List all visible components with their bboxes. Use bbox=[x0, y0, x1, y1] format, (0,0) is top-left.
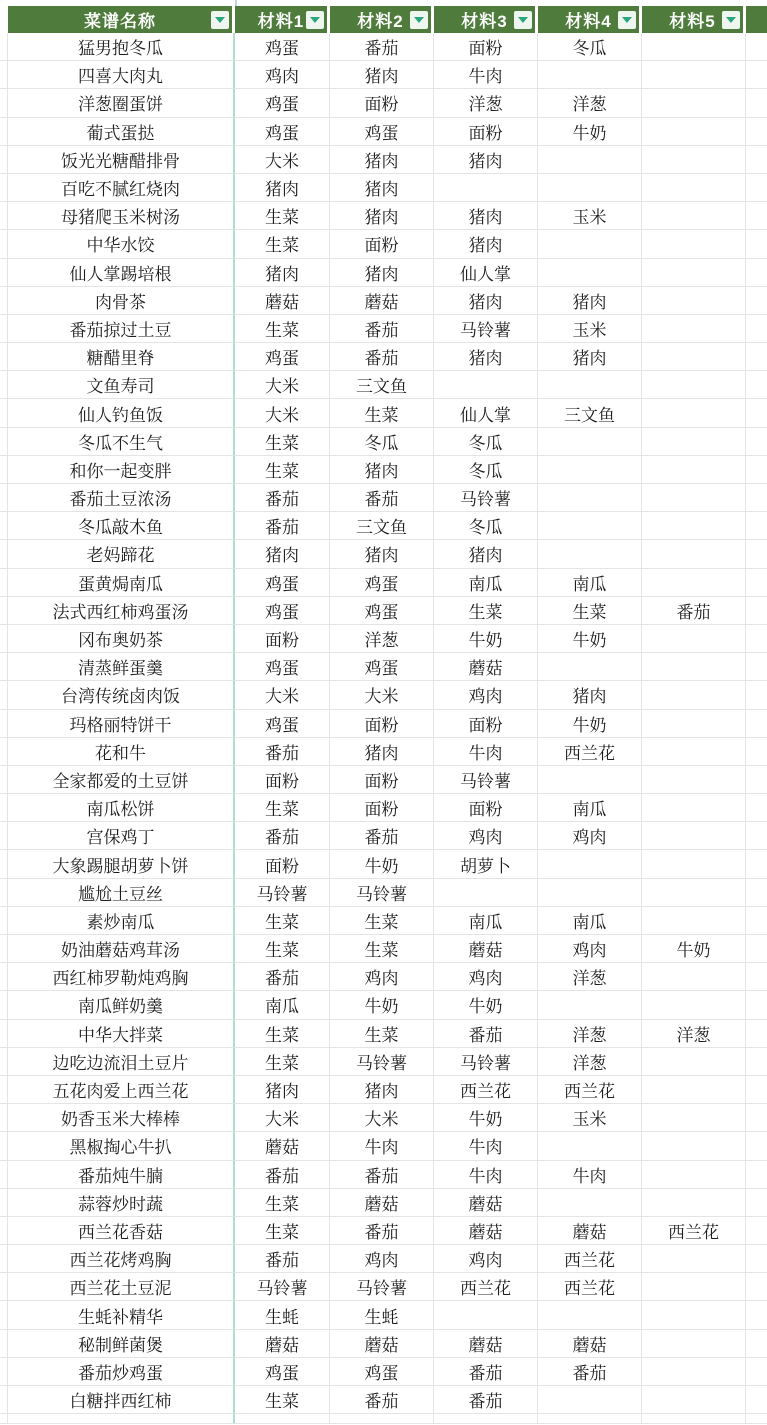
material-cell[interactable]: 番茄 bbox=[434, 1020, 538, 1048]
material-cell[interactable]: 牛奶 bbox=[538, 118, 642, 146]
recipe-name-cell[interactable]: 母猪爬玉米树汤 bbox=[8, 202, 235, 230]
material-cell[interactable] bbox=[538, 371, 642, 399]
recipe-name-cell[interactable]: 蛋黄焗南瓜 bbox=[8, 569, 235, 597]
recipe-name-cell[interactable]: 南瓜鲜奶羹 bbox=[8, 991, 235, 1019]
material-cell[interactable] bbox=[642, 371, 746, 399]
material-cell[interactable]: 生菜 bbox=[235, 1189, 330, 1217]
recipe-name-cell[interactable]: 奶油蘑菇鸡茸汤 bbox=[8, 935, 235, 963]
material-cell[interactable] bbox=[642, 1189, 746, 1217]
material-cell[interactable]: 鸡蛋 bbox=[330, 597, 434, 625]
material-cell[interactable] bbox=[642, 1301, 746, 1329]
recipe-name-cell[interactable]: 黑椒掏心牛扒 bbox=[8, 1132, 235, 1160]
material-cell[interactable]: 大米 bbox=[235, 1104, 330, 1132]
material-cell[interactable]: 南瓜 bbox=[434, 569, 538, 597]
material-cell[interactable] bbox=[642, 766, 746, 794]
material-cell[interactable]: 南瓜 bbox=[538, 794, 642, 822]
material-cell[interactable]: 西兰花 bbox=[434, 1076, 538, 1104]
material-cell[interactable] bbox=[642, 850, 746, 878]
material-cell[interactable]: 蘑菇 bbox=[235, 1132, 330, 1160]
material-cell[interactable]: 马铃薯 bbox=[330, 1273, 434, 1301]
material-cell[interactable]: 猪肉 bbox=[434, 540, 538, 568]
material-cell[interactable] bbox=[538, 259, 642, 287]
material-cell[interactable]: 猪肉 bbox=[235, 259, 330, 287]
material-cell[interactable] bbox=[642, 33, 746, 61]
recipe-name-cell[interactable]: 边吃边流泪土豆片 bbox=[8, 1048, 235, 1076]
material-cell[interactable]: 冬瓜 bbox=[330, 428, 434, 456]
material-cell[interactable]: 西兰花 bbox=[538, 1076, 642, 1104]
material-cell[interactable] bbox=[538, 456, 642, 484]
material-cell[interactable] bbox=[538, 1189, 642, 1217]
material-cell[interactable]: 马铃薯 bbox=[434, 1048, 538, 1076]
recipe-name-cell[interactable]: 中华大拌菜 bbox=[8, 1020, 235, 1048]
material-cell[interactable]: 面粉 bbox=[330, 89, 434, 117]
material-cell[interactable] bbox=[642, 315, 746, 343]
material-cell[interactable]: 蘑菇 bbox=[434, 1189, 538, 1217]
material-cell[interactable]: 鸡蛋 bbox=[235, 1358, 330, 1386]
material-cell[interactable]: 南瓜 bbox=[434, 907, 538, 935]
material-cell[interactable]: 玉米 bbox=[538, 202, 642, 230]
material-cell[interactable]: 番茄 bbox=[330, 1161, 434, 1189]
material-cell[interactable]: 生菜 bbox=[235, 1217, 330, 1245]
material-cell[interactable]: 猪肉 bbox=[434, 146, 538, 174]
material-cell[interactable]: 生菜 bbox=[235, 935, 330, 963]
material-cell[interactable]: 蘑菇 bbox=[330, 1189, 434, 1217]
material-cell[interactable]: 番茄 bbox=[235, 963, 330, 991]
recipe-name-cell[interactable]: 法式西红柿鸡蛋汤 bbox=[8, 597, 235, 625]
material-cell[interactable] bbox=[642, 1330, 746, 1358]
material-cell[interactable] bbox=[642, 907, 746, 935]
recipe-name-cell[interactable]: 饭光光糖醋排骨 bbox=[8, 146, 235, 174]
material-cell[interactable]: 鸡肉 bbox=[235, 61, 330, 89]
material-cell[interactable]: 牛奶 bbox=[538, 710, 642, 738]
material-cell[interactable]: 西兰花 bbox=[538, 1273, 642, 1301]
recipe-name-cell[interactable]: 仙人掌踢培根 bbox=[8, 259, 235, 287]
material-cell[interactable]: 西兰花 bbox=[538, 738, 642, 766]
material-cell[interactable] bbox=[642, 484, 746, 512]
material-cell[interactable]: 牛奶 bbox=[642, 935, 746, 963]
material-cell[interactable]: 马铃薯 bbox=[235, 1273, 330, 1301]
recipe-name-cell[interactable]: 玛格丽特饼干 bbox=[8, 710, 235, 738]
material-cell[interactable]: 面粉 bbox=[434, 33, 538, 61]
material-cell[interactable]: 鸡蛋 bbox=[235, 597, 330, 625]
material-cell[interactable]: 牛肉 bbox=[434, 1132, 538, 1160]
material-cell[interactable] bbox=[538, 61, 642, 89]
material-cell[interactable] bbox=[642, 343, 746, 371]
material-cell[interactable]: 鸡蛋 bbox=[330, 1358, 434, 1386]
filter-dropdown-button[interactable] bbox=[211, 11, 229, 29]
recipe-name-cell[interactable]: 冈布奥奶茶 bbox=[8, 625, 235, 653]
material-cell[interactable]: 生菜 bbox=[235, 1048, 330, 1076]
material-cell[interactable]: 西兰花 bbox=[642, 1217, 746, 1245]
material-cell[interactable]: 大米 bbox=[330, 1104, 434, 1132]
material-cell[interactable]: 蘑菇 bbox=[235, 287, 330, 315]
material-cell[interactable]: 鸡蛋 bbox=[330, 653, 434, 681]
material-cell[interactable]: 猪肉 bbox=[330, 1076, 434, 1104]
material-cell[interactable]: 生菜 bbox=[330, 935, 434, 963]
material-cell[interactable]: 玉米 bbox=[538, 1104, 642, 1132]
material-cell[interactable]: 面粉 bbox=[330, 794, 434, 822]
material-cell[interactable]: 鸡蛋 bbox=[235, 118, 330, 146]
recipe-name-cell[interactable]: 清蒸鲜蛋羹 bbox=[8, 653, 235, 681]
material-cell[interactable]: 番茄 bbox=[330, 822, 434, 850]
material-cell[interactable]: 生菜 bbox=[235, 1020, 330, 1048]
recipe-name-cell[interactable]: 葡式蛋挞 bbox=[8, 118, 235, 146]
material-cell[interactable] bbox=[642, 1161, 746, 1189]
material-cell[interactable]: 大米 bbox=[235, 399, 330, 427]
material-cell[interactable]: 鸡蛋 bbox=[235, 710, 330, 738]
material-cell[interactable]: 生菜 bbox=[330, 1020, 434, 1048]
recipe-name-cell[interactable]: 洋葱圈蛋饼 bbox=[8, 89, 235, 117]
material-cell[interactable] bbox=[642, 230, 746, 258]
recipe-name-cell[interactable]: 番茄炖牛腩 bbox=[8, 1161, 235, 1189]
material-cell[interactable]: 猪肉 bbox=[538, 681, 642, 709]
material-cell[interactable] bbox=[434, 174, 538, 202]
material-cell[interactable]: 番茄 bbox=[330, 33, 434, 61]
material-cell[interactable]: 番茄 bbox=[235, 512, 330, 540]
material-cell[interactable] bbox=[642, 1273, 746, 1301]
material-cell[interactable] bbox=[642, 710, 746, 738]
material-cell[interactable]: 玉米 bbox=[538, 315, 642, 343]
recipe-name-cell[interactable]: 南瓜松饼 bbox=[8, 794, 235, 822]
recipe-name-cell[interactable]: 西兰花土豆泥 bbox=[8, 1273, 235, 1301]
material-cell[interactable]: 鸡蛋 bbox=[330, 569, 434, 597]
recipe-name-cell[interactable]: 全家都爱的土豆饼 bbox=[8, 766, 235, 794]
recipe-name-cell[interactable]: 奶香玉米大棒棒 bbox=[8, 1104, 235, 1132]
material-cell[interactable] bbox=[642, 1104, 746, 1132]
material-cell[interactable] bbox=[642, 512, 746, 540]
material-cell[interactable]: 马铃薯 bbox=[434, 315, 538, 343]
material-cell[interactable]: 蘑菇 bbox=[235, 1330, 330, 1358]
material-cell[interactable] bbox=[642, 681, 746, 709]
material-cell[interactable]: 牛肉 bbox=[434, 61, 538, 89]
material-cell[interactable]: 马铃薯 bbox=[434, 484, 538, 512]
material-cell[interactable] bbox=[538, 428, 642, 456]
filter-dropdown-button[interactable] bbox=[722, 11, 740, 29]
material-cell[interactable]: 牛奶 bbox=[330, 850, 434, 878]
material-cell[interactable]: 冬瓜 bbox=[538, 33, 642, 61]
material-cell[interactable]: 生蚝 bbox=[330, 1301, 434, 1329]
material-cell[interactable] bbox=[642, 991, 746, 1019]
material-cell[interactable]: 鸡肉 bbox=[434, 681, 538, 709]
material-cell[interactable] bbox=[434, 1301, 538, 1329]
material-cell[interactable]: 蘑菇 bbox=[538, 1330, 642, 1358]
recipe-name-cell[interactable]: 宫保鸡丁 bbox=[8, 822, 235, 850]
material-cell[interactable] bbox=[642, 738, 746, 766]
recipe-name-cell[interactable]: 蒜蓉炒时蔬 bbox=[8, 1189, 235, 1217]
material-cell[interactable]: 番茄 bbox=[330, 315, 434, 343]
material-cell[interactable] bbox=[642, 1076, 746, 1104]
material-cell[interactable]: 猪肉 bbox=[434, 343, 538, 371]
material-cell[interactable]: 三文鱼 bbox=[538, 399, 642, 427]
material-cell[interactable]: 牛奶 bbox=[434, 1104, 538, 1132]
material-cell[interactable]: 猪肉 bbox=[330, 174, 434, 202]
material-cell[interactable]: 洋葱 bbox=[538, 89, 642, 117]
recipe-name-cell[interactable]: 五花肉爱上西兰花 bbox=[8, 1076, 235, 1104]
recipe-name-cell[interactable]: 糖醋里脊 bbox=[8, 343, 235, 371]
recipe-name-cell[interactable]: 四喜大肉丸 bbox=[8, 61, 235, 89]
material-cell[interactable]: 牛奶 bbox=[434, 991, 538, 1019]
material-cell[interactable]: 番茄 bbox=[330, 1386, 434, 1414]
material-cell[interactable]: 生菜 bbox=[235, 315, 330, 343]
material-cell[interactable]: 鸡蛋 bbox=[235, 653, 330, 681]
material-cell[interactable]: 鸡肉 bbox=[330, 963, 434, 991]
material-cell[interactable]: 生菜 bbox=[235, 456, 330, 484]
material-cell[interactable]: 鸡肉 bbox=[434, 1245, 538, 1273]
material-cell[interactable]: 面粉 bbox=[330, 230, 434, 258]
material-cell[interactable]: 蘑菇 bbox=[434, 1330, 538, 1358]
material-cell[interactable]: 仙人掌 bbox=[434, 259, 538, 287]
material-cell[interactable]: 洋葱 bbox=[538, 1048, 642, 1076]
material-cell[interactable] bbox=[642, 259, 746, 287]
material-cell[interactable]: 牛奶 bbox=[434, 625, 538, 653]
material-cell[interactable]: 猪肉 bbox=[235, 540, 330, 568]
material-cell[interactable] bbox=[434, 879, 538, 907]
material-cell[interactable]: 猪肉 bbox=[434, 230, 538, 258]
material-cell[interactable]: 面粉 bbox=[330, 710, 434, 738]
material-cell[interactable]: 番茄 bbox=[434, 1386, 538, 1414]
material-cell[interactable]: 猪肉 bbox=[235, 174, 330, 202]
material-cell[interactable]: 南瓜 bbox=[538, 569, 642, 597]
material-cell[interactable] bbox=[642, 399, 746, 427]
material-cell[interactable] bbox=[642, 146, 746, 174]
material-cell[interactable]: 猪肉 bbox=[538, 343, 642, 371]
material-cell[interactable]: 猪肉 bbox=[330, 146, 434, 174]
material-cell[interactable]: 鸡肉 bbox=[434, 963, 538, 991]
material-cell[interactable]: 三文鱼 bbox=[330, 371, 434, 399]
material-cell[interactable]: 生菜 bbox=[235, 907, 330, 935]
material-cell[interactable] bbox=[538, 766, 642, 794]
material-cell[interactable]: 鸡肉 bbox=[538, 822, 642, 850]
recipe-name-cell[interactable]: 素炒南瓜 bbox=[8, 907, 235, 935]
material-cell[interactable]: 番茄 bbox=[235, 738, 330, 766]
material-cell[interactable]: 猪肉 bbox=[330, 61, 434, 89]
material-cell[interactable]: 牛肉 bbox=[434, 738, 538, 766]
material-cell[interactable]: 生菜 bbox=[330, 399, 434, 427]
material-cell[interactable]: 面粉 bbox=[330, 766, 434, 794]
recipe-name-cell[interactable]: 仙人钓鱼饭 bbox=[8, 399, 235, 427]
material-cell[interactable] bbox=[642, 202, 746, 230]
material-cell[interactable]: 生菜 bbox=[330, 907, 434, 935]
material-cell[interactable]: 生菜 bbox=[235, 230, 330, 258]
material-cell[interactable] bbox=[642, 822, 746, 850]
material-cell[interactable]: 仙人掌 bbox=[434, 399, 538, 427]
material-cell[interactable]: 生菜 bbox=[235, 428, 330, 456]
material-cell[interactable] bbox=[642, 1358, 746, 1386]
material-cell[interactable] bbox=[642, 1386, 746, 1414]
recipe-name-cell[interactable]: 老妈蹄花 bbox=[8, 540, 235, 568]
material-cell[interactable]: 鸡蛋 bbox=[235, 569, 330, 597]
material-cell[interactable]: 马铃薯 bbox=[434, 766, 538, 794]
material-cell[interactable]: 鸡肉 bbox=[538, 935, 642, 963]
material-cell[interactable]: 鸡蛋 bbox=[235, 343, 330, 371]
material-cell[interactable]: 鸡蛋 bbox=[235, 33, 330, 61]
material-cell[interactable]: 猪肉 bbox=[434, 287, 538, 315]
material-cell[interactable]: 猪肉 bbox=[330, 202, 434, 230]
material-cell[interactable]: 洋葱 bbox=[538, 963, 642, 991]
material-cell[interactable]: 蘑菇 bbox=[330, 287, 434, 315]
material-cell[interactable]: 猪肉 bbox=[330, 259, 434, 287]
material-cell[interactable]: 猪肉 bbox=[538, 287, 642, 315]
material-cell[interactable]: 面粉 bbox=[235, 766, 330, 794]
material-cell[interactable]: 鸡蛋 bbox=[330, 118, 434, 146]
material-cell[interactable]: 大米 bbox=[235, 371, 330, 399]
material-cell[interactable]: 蘑菇 bbox=[538, 1217, 642, 1245]
recipe-name-cell[interactable]: 肉骨茶 bbox=[8, 287, 235, 315]
material-cell[interactable] bbox=[538, 512, 642, 540]
recipe-name-cell[interactable]: 西红柿罗勒炖鸡胸 bbox=[8, 963, 235, 991]
material-cell[interactable]: 牛肉 bbox=[538, 1161, 642, 1189]
material-cell[interactable]: 生菜 bbox=[235, 1386, 330, 1414]
material-cell[interactable] bbox=[642, 1132, 746, 1160]
material-cell[interactable] bbox=[538, 230, 642, 258]
material-cell[interactable]: 牛肉 bbox=[330, 1132, 434, 1160]
material-cell[interactable]: 牛肉 bbox=[434, 1161, 538, 1189]
recipe-name-cell[interactable]: 西兰花香菇 bbox=[8, 1217, 235, 1245]
material-cell[interactable] bbox=[538, 484, 642, 512]
material-cell[interactable]: 鸡肉 bbox=[330, 1245, 434, 1273]
filter-dropdown-button[interactable] bbox=[410, 11, 428, 29]
material-cell[interactable] bbox=[642, 540, 746, 568]
material-cell[interactable] bbox=[642, 653, 746, 681]
material-cell[interactable]: 洋葱 bbox=[330, 625, 434, 653]
recipe-name-cell[interactable]: 猛男抱冬瓜 bbox=[8, 33, 235, 61]
material-cell[interactable]: 蘑菇 bbox=[330, 1330, 434, 1358]
material-cell[interactable]: 马铃薯 bbox=[330, 1048, 434, 1076]
material-cell[interactable]: 生菜 bbox=[235, 794, 330, 822]
material-cell[interactable]: 生菜 bbox=[538, 597, 642, 625]
recipe-name-cell[interactable]: 秘制鲜菌煲 bbox=[8, 1330, 235, 1358]
recipe-name-cell[interactable]: 花和牛 bbox=[8, 738, 235, 766]
recipe-name-cell[interactable]: 台湾传统卤肉饭 bbox=[8, 681, 235, 709]
material-cell[interactable]: 生蚝 bbox=[235, 1301, 330, 1329]
material-cell[interactable]: 西兰花 bbox=[538, 1245, 642, 1273]
material-cell[interactable]: 南瓜 bbox=[538, 907, 642, 935]
material-cell[interactable]: 面粉 bbox=[434, 710, 538, 738]
material-cell[interactable] bbox=[538, 653, 642, 681]
material-cell[interactable]: 番茄 bbox=[330, 1217, 434, 1245]
material-cell[interactable] bbox=[642, 118, 746, 146]
material-cell[interactable] bbox=[642, 1245, 746, 1273]
recipe-name-cell[interactable]: 生蚝补精华 bbox=[8, 1301, 235, 1329]
material-cell[interactable] bbox=[538, 991, 642, 1019]
material-cell[interactable]: 生菜 bbox=[434, 597, 538, 625]
recipe-name-cell[interactable]: 白糖拌西红柿 bbox=[8, 1386, 235, 1414]
filter-dropdown-button[interactable] bbox=[306, 11, 324, 29]
material-cell[interactable] bbox=[538, 1301, 642, 1329]
material-cell[interactable]: 马铃薯 bbox=[235, 879, 330, 907]
material-cell[interactable]: 鸡肉 bbox=[434, 822, 538, 850]
material-cell[interactable]: 西兰花 bbox=[434, 1273, 538, 1301]
material-cell[interactable] bbox=[642, 879, 746, 907]
material-cell[interactable]: 冬瓜 bbox=[434, 512, 538, 540]
material-cell[interactable]: 番茄 bbox=[235, 822, 330, 850]
material-cell[interactable]: 番茄 bbox=[235, 1161, 330, 1189]
material-cell[interactable]: 南瓜 bbox=[235, 991, 330, 1019]
material-cell[interactable]: 三文鱼 bbox=[330, 512, 434, 540]
material-cell[interactable]: 牛奶 bbox=[330, 991, 434, 1019]
material-cell[interactable] bbox=[434, 371, 538, 399]
material-cell[interactable]: 大米 bbox=[235, 681, 330, 709]
material-cell[interactable]: 洋葱 bbox=[642, 1020, 746, 1048]
material-cell[interactable]: 洋葱 bbox=[538, 1020, 642, 1048]
filter-dropdown-button[interactable] bbox=[514, 11, 532, 29]
recipe-name-cell[interactable]: 西兰花烤鸡胸 bbox=[8, 1245, 235, 1273]
material-cell[interactable]: 番茄 bbox=[330, 484, 434, 512]
material-cell[interactable] bbox=[642, 174, 746, 202]
material-cell[interactable]: 番茄 bbox=[642, 597, 746, 625]
material-cell[interactable]: 番茄 bbox=[235, 484, 330, 512]
recipe-name-cell[interactable]: 番茄炒鸡蛋 bbox=[8, 1358, 235, 1386]
material-cell[interactable] bbox=[538, 879, 642, 907]
material-cell[interactable]: 番茄 bbox=[235, 1245, 330, 1273]
material-cell[interactable]: 牛奶 bbox=[538, 625, 642, 653]
recipe-name-cell[interactable]: 尴尬土豆丝 bbox=[8, 879, 235, 907]
material-cell[interactable] bbox=[538, 174, 642, 202]
material-cell[interactable]: 番茄 bbox=[330, 343, 434, 371]
material-cell[interactable]: 大米 bbox=[235, 146, 330, 174]
material-cell[interactable] bbox=[642, 794, 746, 822]
material-cell[interactable]: 面粉 bbox=[235, 850, 330, 878]
material-cell[interactable]: 冬瓜 bbox=[434, 456, 538, 484]
material-cell[interactable]: 大米 bbox=[330, 681, 434, 709]
recipe-name-cell[interactable]: 大象踢腿胡萝卜饼 bbox=[8, 850, 235, 878]
material-cell[interactable]: 生菜 bbox=[235, 202, 330, 230]
material-cell[interactable] bbox=[642, 428, 746, 456]
material-cell[interactable]: 蘑菇 bbox=[434, 653, 538, 681]
recipe-name-cell[interactable]: 冬瓜不生气 bbox=[8, 428, 235, 456]
material-cell[interactable]: 面粉 bbox=[434, 794, 538, 822]
material-cell[interactable]: 猪肉 bbox=[330, 456, 434, 484]
material-cell[interactable]: 蘑菇 bbox=[434, 1217, 538, 1245]
material-cell[interactable]: 猪肉 bbox=[330, 738, 434, 766]
material-cell[interactable]: 猪肉 bbox=[235, 1076, 330, 1104]
material-cell[interactable] bbox=[642, 963, 746, 991]
recipe-name-cell[interactable]: 和你一起变胖 bbox=[8, 456, 235, 484]
recipe-name-cell[interactable]: 番茄掠过土豆 bbox=[8, 315, 235, 343]
material-cell[interactable] bbox=[642, 61, 746, 89]
material-cell[interactable]: 番茄 bbox=[434, 1358, 538, 1386]
material-cell[interactable] bbox=[538, 540, 642, 568]
material-cell[interactable]: 番茄 bbox=[538, 1358, 642, 1386]
material-cell[interactable]: 胡萝卜 bbox=[434, 850, 538, 878]
material-cell[interactable]: 面粉 bbox=[235, 625, 330, 653]
material-cell[interactable]: 猪肉 bbox=[434, 202, 538, 230]
material-cell[interactable] bbox=[538, 1386, 642, 1414]
filter-dropdown-button[interactable] bbox=[618, 11, 636, 29]
recipe-name-cell[interactable]: 中华水饺 bbox=[8, 230, 235, 258]
material-cell[interactable]: 冬瓜 bbox=[434, 428, 538, 456]
material-cell[interactable]: 马铃薯 bbox=[330, 879, 434, 907]
material-cell[interactable] bbox=[538, 850, 642, 878]
material-cell[interactable]: 洋葱 bbox=[434, 89, 538, 117]
material-cell[interactable]: 面粉 bbox=[434, 118, 538, 146]
material-cell[interactable] bbox=[642, 456, 746, 484]
material-cell[interactable]: 蘑菇 bbox=[434, 935, 538, 963]
material-cell[interactable] bbox=[642, 1048, 746, 1076]
material-cell[interactable] bbox=[642, 89, 746, 117]
recipe-name-cell[interactable]: 百吃不腻红烧肉 bbox=[8, 174, 235, 202]
recipe-name-cell[interactable]: 文鱼寿司 bbox=[8, 371, 235, 399]
material-cell[interactable] bbox=[642, 287, 746, 315]
material-cell[interactable] bbox=[642, 569, 746, 597]
material-cell[interactable] bbox=[538, 1132, 642, 1160]
recipe-name-cell[interactable]: 番茄土豆浓汤 bbox=[8, 484, 235, 512]
material-cell[interactable] bbox=[642, 625, 746, 653]
material-cell[interactable]: 鸡蛋 bbox=[235, 89, 330, 117]
material-cell[interactable] bbox=[538, 146, 642, 174]
recipe-name-cell[interactable]: 冬瓜敲木鱼 bbox=[8, 512, 235, 540]
material-cell[interactable]: 猪肉 bbox=[330, 540, 434, 568]
